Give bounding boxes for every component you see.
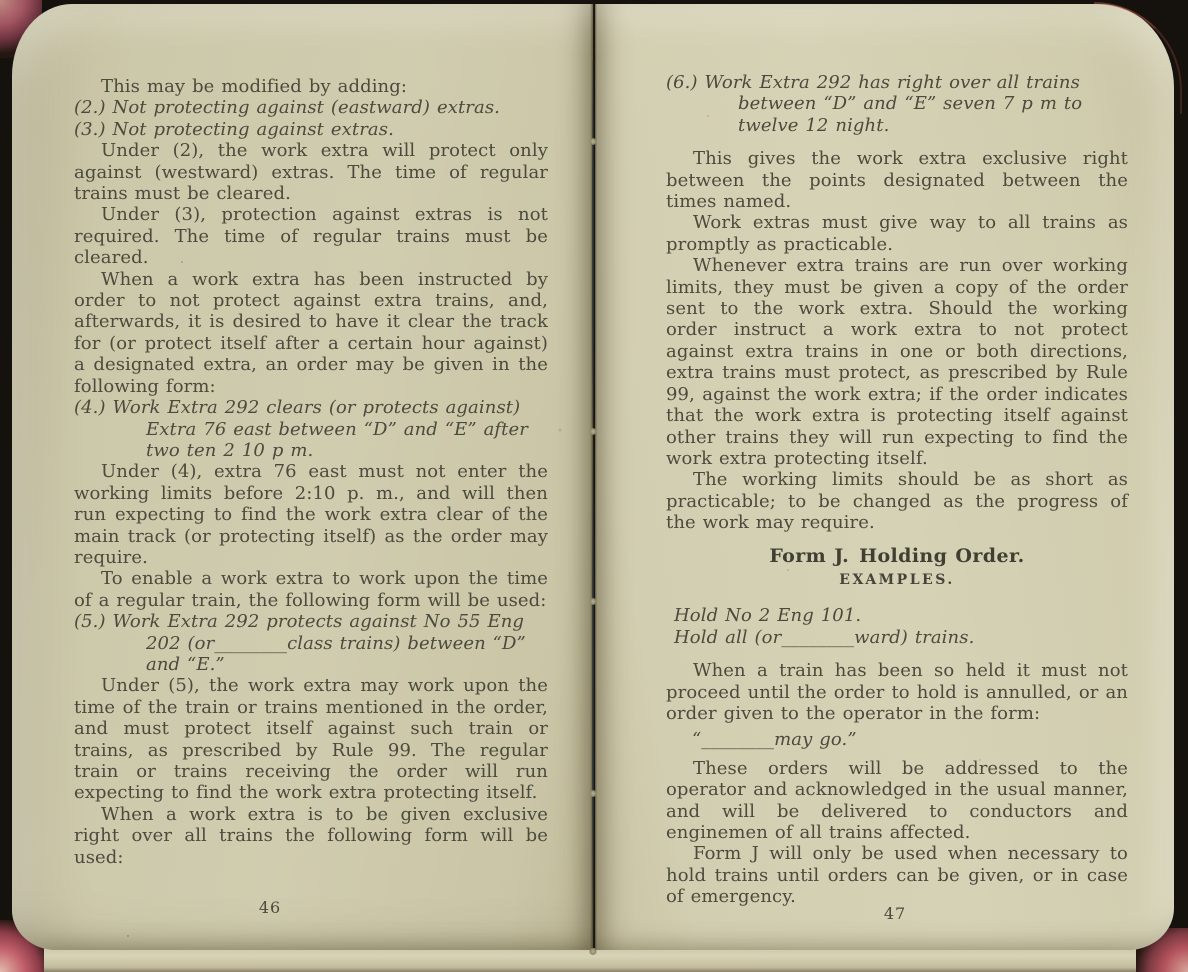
numbered-example: (6.) Work Extra 292 has right over all t… — [666, 72, 1128, 136]
left-page-text: This may be modified by adding: (2.) Not… — [74, 76, 548, 868]
section-heading: Form J. Holding Order. — [666, 546, 1128, 567]
paragraph: Form J will only be used when necessary … — [666, 843, 1128, 907]
hold-order-example: Hold all (or________ward) trains. — [666, 627, 1128, 648]
examples-subheading: EXAMPLES. — [666, 570, 1128, 591]
may-go-example: “________may go.” — [666, 729, 1128, 750]
binding-thread — [592, 60, 594, 440]
hold-order-example: Hold No 2 Eng 101. — [666, 605, 1128, 626]
paragraph: The working limits should be as short as… — [666, 469, 1128, 533]
paragraph: Under (2), the work extra will protect o… — [74, 140, 548, 204]
paragraph: These orders will be addressed to the op… — [666, 758, 1128, 844]
page-number-left: 46 — [30, 898, 510, 917]
paragraph: This gives the work extra exclusive righ… — [666, 148, 1128, 212]
paragraph: This may be modified by adding: — [74, 76, 548, 97]
stitch — [589, 138, 597, 145]
stitch — [589, 790, 597, 797]
paragraph: Under (5), the work extra may work upon … — [74, 675, 548, 803]
paragraph: Under (3), protection against extras is … — [74, 204, 548, 268]
stitch — [589, 948, 597, 955]
binding-thread — [592, 440, 594, 940]
paragraph: When a train has been so held it must no… — [666, 660, 1128, 724]
paragraph: Under (4), extra 76 east must not enter … — [74, 461, 548, 568]
paragraph: Whenever extra trains are run over worki… — [666, 255, 1128, 469]
page-fore-edge — [16, 948, 1180, 972]
paragraph: When a work extra has been instructed by… — [74, 269, 548, 397]
right-page-text: (6.) Work Extra 292 has right over all t… — [666, 72, 1128, 908]
numbered-example: (3.) Not protecting against extras. — [74, 119, 548, 140]
paragraph: Work extras must give way to all trains … — [666, 212, 1128, 255]
numbered-example: (4.) Work Extra 292 clears (or protects … — [74, 397, 548, 461]
paragraph: To enable a work extra to work upon the … — [74, 568, 548, 611]
numbered-example: (2.) Not protecting against (eastward) e… — [74, 97, 548, 118]
stitch — [589, 428, 597, 435]
numbered-example: (5.) Work Extra 292 protects against No … — [74, 611, 548, 675]
stitch — [589, 598, 597, 605]
book-scan: This may be modified by adding: (2.) Not… — [0, 0, 1188, 972]
paragraph: When a work extra is to be given exclusi… — [74, 804, 548, 868]
page-number-right: 47 — [660, 904, 1130, 923]
